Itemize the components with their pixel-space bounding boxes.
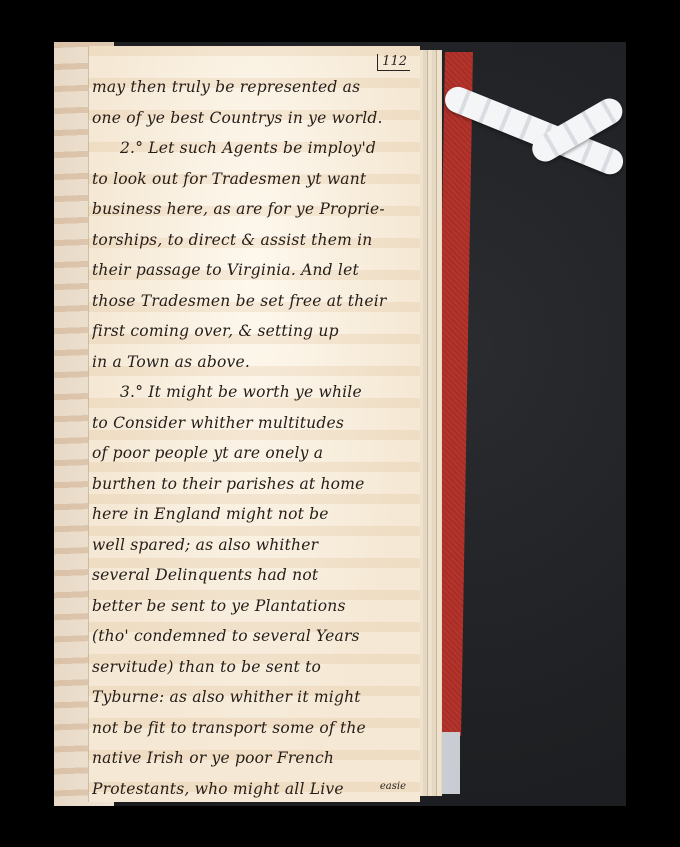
text-line: to look out for Tradesmen yt want — [92, 164, 414, 195]
text-line: torships, to direct & assist them in — [92, 225, 414, 256]
text-line: Tyburne: as also whither it might — [92, 682, 414, 713]
text-line: their passage to Virginia. And let — [92, 255, 414, 286]
text-line: one of ye best Countrys in ye world. — [92, 103, 414, 134]
text-line: not be fit to transport some of the — [92, 713, 414, 744]
text-line: 3.° It might be worth ye while — [92, 377, 414, 408]
folio-number: 112 — [377, 54, 410, 71]
text-line: to Consider whither multitudes — [92, 408, 414, 439]
text-line: well spared; as also whither — [92, 530, 414, 561]
text-line: Protestants, who might all Live — [92, 774, 414, 805]
text-line: burthen to their parishes at home — [92, 469, 414, 500]
text-line: first coming over, & setting up — [92, 316, 414, 347]
text-line: of poor people yt are onely a — [92, 438, 414, 469]
catchword: easie — [380, 781, 406, 792]
text-line: servitude) than to be sent to — [92, 652, 414, 683]
text-line: here in England might not be — [92, 499, 414, 530]
text-line: several Delinquents had not — [92, 560, 414, 591]
text-line: 2.° Let such Agents be imploy'd — [92, 133, 414, 164]
text-line: business here, as are for ye Proprie- — [92, 194, 414, 225]
manuscript-page: 112 may then truly be represented as one… — [88, 46, 420, 802]
text-line: better be sent to ye Plantations — [92, 591, 414, 622]
manuscript-photo: 112 may then truly be represented as one… — [54, 42, 626, 806]
text-line: those Tradesmen be set free at their — [92, 286, 414, 317]
handwritten-text: may then truly be represented as one of … — [92, 72, 414, 806]
text-line: comfortably there, & have lands at an — [92, 804, 414, 806]
text-line: native Irish or ye poor French — [92, 743, 414, 774]
text-line: (tho' condemned to several Years — [92, 621, 414, 652]
text-line: in a Town as above. — [92, 347, 414, 378]
text-line: may then truly be represented as — [92, 72, 414, 103]
